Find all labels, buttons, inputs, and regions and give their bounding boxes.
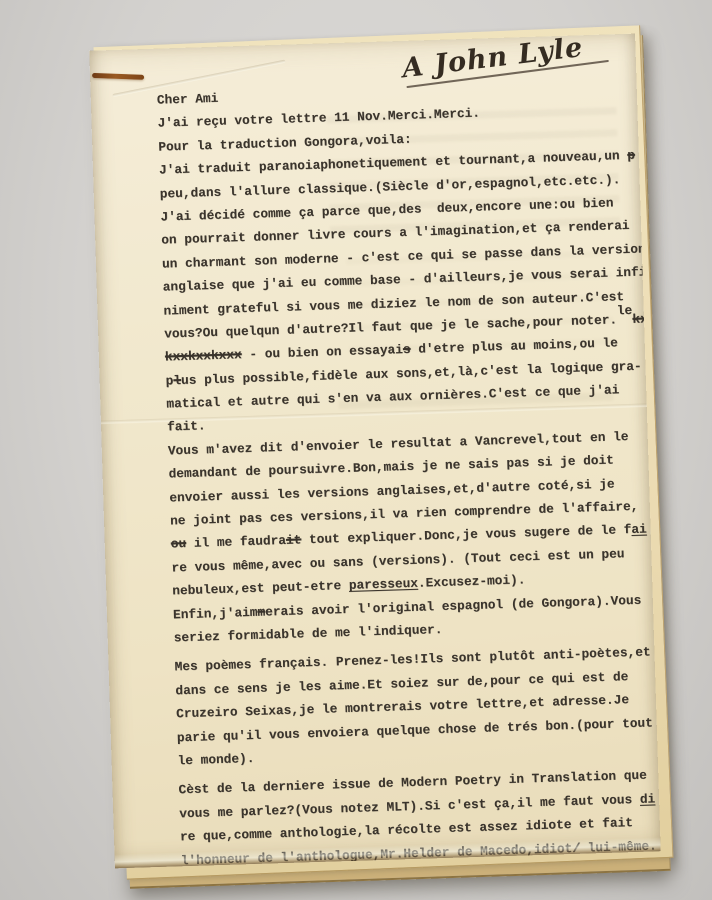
letter-segment-u: ai xyxy=(631,522,647,537)
letter-page: A John Lyle Cher AmiJ'ai reçu votre lett… xyxy=(89,34,660,869)
letter-segment-x: kxxkxxkxxx xyxy=(165,347,242,364)
letter-segment: Enfin,j'aim xyxy=(173,604,258,622)
letter-segment: seriez formidable de me l'indiquer. xyxy=(174,622,443,645)
letter-segment-sup: le xyxy=(617,303,633,318)
letter-segment: Pour la traduction Gongora,voila: xyxy=(158,131,412,154)
letter-text: Cher AmiJ'ai reçu votre lettre 11 Nov.Me… xyxy=(157,74,659,869)
letter-segment: le monde). xyxy=(177,751,254,768)
letter-segment-u: di xyxy=(640,791,656,806)
letter-segment: - ou bien on essayai xyxy=(241,342,403,362)
letter-segment: .Excusez-moi). xyxy=(418,573,526,591)
letter-segment: il me faudra xyxy=(186,533,286,551)
letter-segment: fait. xyxy=(167,419,206,435)
letter-segment-x: ou xyxy=(171,536,187,551)
letter-segment-u: paresseux xyxy=(349,576,419,593)
photo-scene: A John Lyle Cher AmiJ'ai reçu votre lett… xyxy=(0,0,712,900)
letter-segment: nebuleux,est peut-etre xyxy=(172,578,349,599)
letter-segment-x: it xyxy=(286,533,302,548)
letter-segment: Cher Ami xyxy=(157,91,219,108)
rust-mark xyxy=(92,73,144,80)
letter-segment: d'etre plus au moins,ou le xyxy=(410,336,618,358)
letter-segment-x: p xyxy=(627,148,635,163)
